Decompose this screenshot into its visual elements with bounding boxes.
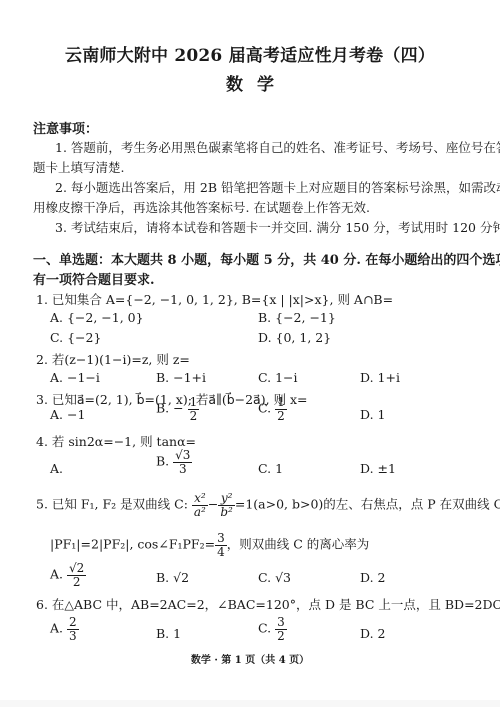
fraction: 23: [67, 616, 79, 642]
numerator: 1: [275, 396, 287, 410]
question-5-option-b: B. √2: [156, 570, 189, 585]
question-6-option-a: A. 23: [50, 616, 79, 642]
question-5-option-c: C. √3: [258, 570, 291, 585]
question-2-option-d: D. 1+i: [360, 370, 400, 385]
fraction: y²b²: [218, 492, 235, 518]
notice-item-1-line1: 1. 答题前，考生务必用黑色碳素笔将自己的姓名、准考证号、考场号、座位号在答: [55, 138, 500, 156]
page-bottom-edge: [0, 700, 500, 707]
option-label: C.: [258, 621, 271, 636]
question-5-option-d: D. 2: [360, 570, 385, 585]
question-5-stem-line2: |PF₁|=2|PF₂|, cos∠F₁PF₂=34，则双曲线 C 的离心率为: [50, 532, 369, 558]
fraction: 34: [215, 532, 227, 558]
denominator: 3: [67, 630, 79, 643]
question-3-option-c: C. 12: [258, 396, 287, 422]
denominator: a²: [192, 506, 208, 519]
option-label: B.: [156, 401, 169, 416]
denominator: 2: [188, 410, 200, 423]
option-label: A.: [50, 567, 63, 582]
section-heading-line1: 一、单选题：本大题共 8 小题，每小题 5 分，共 40 分. 在每小题给出的四…: [33, 249, 500, 268]
stem-text: |PF₁|=2|PF₂|, cos∠F₁PF₂=: [50, 537, 215, 552]
question-4-option-d: D. ±1: [360, 461, 396, 476]
question-1-option-a: A. {−2, −1, 0}: [50, 310, 144, 325]
minus-sign: −: [208, 497, 218, 512]
question-1-option-b: B. {−2, −1}: [258, 310, 336, 325]
fraction: x²a²: [192, 492, 208, 518]
denominator: 2: [275, 630, 287, 643]
question-1-stem: 1. 已知集合 A={−2, −1, 0, 1, 2}, B={x | |x|>…: [36, 290, 393, 308]
notice-item-2-line2: 用橡皮擦干净后，再选涂其他答案标号. 在试题卷上作答无效.: [33, 198, 370, 216]
question-3-option-d: D. 1: [360, 407, 385, 422]
numerator: 1: [188, 396, 200, 410]
question-4-option-b: B. √33: [156, 449, 192, 475]
option-label: A.: [50, 621, 63, 636]
stem-text: 5. 已知 F₁, F₂ 是双曲线 C:: [36, 497, 188, 512]
option-label: B.: [156, 454, 169, 469]
exam-subject: 数学: [0, 70, 500, 95]
question-2-option-a: A. −1−i: [50, 370, 100, 385]
question-1-option-c: C. {−2}: [50, 330, 101, 345]
question-4-stem: 4. 若 sin2α=−1, 则 tanα=: [36, 432, 196, 450]
notice-item-3-line1: 3. 考试结束后，请将本试卷和答题卡一并交回. 满分 150 分，考试用时 12…: [55, 218, 500, 236]
fraction: 32: [275, 616, 287, 642]
question-4-option-c: C. 1: [258, 461, 283, 476]
option-label: C.: [258, 401, 271, 416]
denominator: b²: [218, 506, 235, 519]
question-4-option-a: A.: [50, 461, 63, 476]
fraction: √33: [173, 449, 192, 475]
exam-title: 云南师大附中 2026 届高考适应性月考卷（四）: [0, 41, 500, 66]
numerator: 2: [67, 616, 79, 630]
notice-item-1-line2: 题卡上填写清楚.: [33, 158, 124, 176]
question-3-option-a: A. −1: [50, 407, 85, 422]
numerator: y²: [218, 492, 235, 506]
fraction: 12: [275, 396, 287, 422]
question-2-option-b: B. −1+i: [156, 370, 206, 385]
page-footer: 数学 · 第 1 页（共 4 页）: [0, 651, 500, 666]
question-6-option-d: D. 2: [360, 626, 385, 641]
denominator: 2: [275, 410, 287, 423]
numerator: 3: [275, 616, 287, 630]
denominator: 4: [215, 546, 227, 559]
fraction: 12: [188, 396, 200, 422]
numerator: x²: [192, 492, 208, 506]
notice-heading: 注意事项：: [33, 118, 98, 137]
notice-item-2-line1: 2. 每小题选出答案后，用 2B 铅笔把答题卡上对应题目的答案标号涂黑，如需改动…: [55, 178, 500, 196]
question-5-stem-line1: 5. 已知 F₁, F₂ 是双曲线 C: x²a²−y²b²=1(a>0, b>…: [36, 492, 500, 518]
question-3-option-b: B. − 12: [156, 396, 199, 422]
question-2-option-c: C. 1−i: [258, 370, 298, 385]
question-6-option-b: B. 1: [156, 626, 181, 641]
minus-sign: −: [173, 401, 183, 416]
stem-text: =1(a>0, b>0)的左、右焦点，点 P 在双曲线 C 上，: [235, 497, 500, 512]
numerator: √2: [67, 562, 86, 576]
fraction: √22: [67, 562, 86, 588]
question-5-option-a: A. √22: [50, 562, 86, 588]
question-6-option-c: C. 32: [258, 616, 287, 642]
denominator: 3: [173, 463, 192, 476]
stem-text: ，则双曲线 C 的离心率为: [227, 537, 370, 552]
denominator: 2: [67, 576, 86, 589]
question-1-option-d: D. {0, 1, 2}: [258, 330, 331, 345]
numerator: √3: [173, 449, 192, 463]
section-heading-line2: 有一项符合题目要求.: [33, 269, 155, 288]
question-2-stem: 2. 若(z−1)(1−i)=z, 则 z=: [36, 350, 190, 368]
numerator: 3: [215, 532, 227, 546]
question-6-stem: 6. 在△ABC 中，AB=2AC=2，∠BAC=120°，点 D 是 BC 上…: [36, 595, 500, 613]
